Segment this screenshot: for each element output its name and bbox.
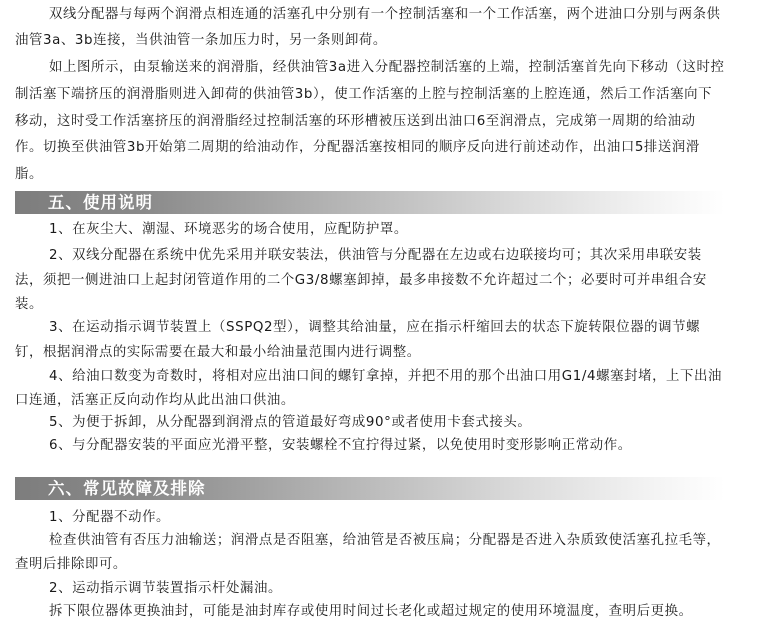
- section-title: 六、常见故障及排除: [48, 478, 206, 499]
- usage-line: 2、双线分配器在系统中优先采用并联安装法，供油管与分配器在左边或右边联接均可；其…: [49, 247, 702, 265]
- intro-line: 移动，这时受工作活塞挤压的润滑脂经过控制活塞的环形槽被压送到出油口6至润滑点，完…: [15, 113, 696, 131]
- usage-line: 4、给油口数变为奇数时，将相对应出油口间的螺钉拿掉，并把不用的那个出油口用G1/…: [49, 368, 722, 386]
- section-header-troubleshooting: 六、常见故障及排除: [15, 477, 725, 500]
- usage-line: 5、为便于拆卸，从分配器到润滑点的管道最好弯成90°或者使用卡套式接头。: [49, 414, 531, 432]
- usage-line: 钉，根据润滑点的实际需要在最大和最小给油量范围内进行调整。: [15, 344, 421, 362]
- usage-line: 口连通，活塞正反向动作均从此出油口供油。: [15, 392, 295, 410]
- intro-line: 脂。: [15, 166, 43, 184]
- troubleshooting-line: 拆下限位器体更换油封，可能是油封库存或使用时间过长老化或超过规定的使用环境温度，…: [49, 603, 693, 621]
- usage-line: 1、在灰尘大、潮湿、环境恶劣的场合使用，应配防护罩。: [49, 221, 408, 239]
- intro-line: 双线分配器与每两个润滑点相连通的活塞孔中分别有一个控制活塞和一个工作活塞，两个进…: [49, 6, 721, 24]
- intro-line: 作。切换至供油管3b开始第二周期的给油动作，分配器活塞按相同的顺序反向进行前述动…: [15, 139, 700, 157]
- intro-line: 制活塞下端挤压的润滑脂则进入卸荷的供油管3b），使工作活塞的上腔与控制活塞的上腔…: [15, 86, 712, 104]
- troubleshooting-line: 1、分配器不动作。: [49, 509, 170, 527]
- usage-line: 3、在运动指示调节装置上（SSPQ2型），调整其给油量，应在指示杆缩回去的状态下…: [49, 319, 700, 337]
- intro-line: 如上图所示，由泵输送来的润滑脂，经供油管3a进入分配器控制活塞的上端，控制活塞首…: [49, 59, 724, 77]
- document-page: 双线分配器与每两个润滑点相连通的活塞孔中分别有一个控制活塞和一个工作活塞，两个进…: [0, 0, 760, 622]
- section-title: 五、使用说明: [48, 192, 153, 213]
- usage-line: 6、与分配器安装的平面应光滑平整，安装螺栓不宜拧得过紧，以免使用时变形影响正常动…: [49, 437, 632, 455]
- usage-line: 装。: [15, 296, 43, 314]
- troubleshooting-line: 查明后排除即可。: [15, 556, 127, 574]
- section-header-usage: 五、使用说明: [15, 191, 725, 214]
- troubleshooting-line: 2、运动指示调节装置指示杆处漏油。: [49, 580, 282, 598]
- troubleshooting-line: 检查供油管有否压力油输送；润滑点是否阻塞，给油管是否被压扁；分配器是否进入杂质致…: [49, 532, 721, 550]
- usage-line: 法，须把一侧进油口上起封闭管道作用的二个G3/8螺塞卸掉，最多串接数不允许超过二…: [15, 272, 707, 290]
- intro-line: 油管3a、3b连接，当供油管一条加压力时，另一条则卸荷。: [15, 32, 387, 50]
